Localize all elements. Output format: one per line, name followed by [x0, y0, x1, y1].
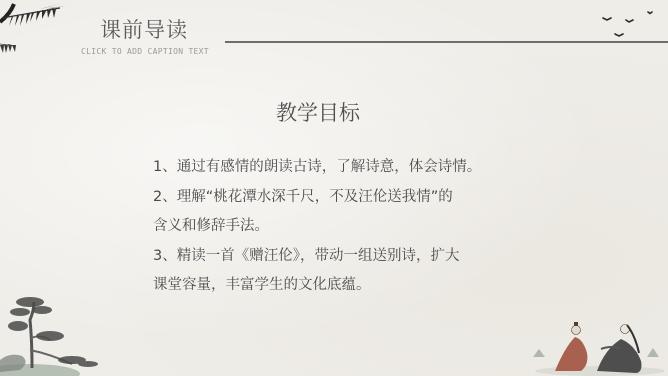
objective-line: 课堂容量，丰富学生的文化底蕴。: [153, 271, 533, 301]
objective-line: 2、理解“桃花潭水深千尺，不及汪伦送我情”的: [153, 183, 533, 213]
scholars-painting-icon: [525, 305, 668, 376]
slide: 课前导读 CLICK TO ADD CAPTION TEXT 教学目标 1、通过…: [0, 0, 668, 376]
objectives-list: 1、通过有感情的朗读古诗，了解诗意，体会诗情。 2、理解“桃花潭水深千尺，不及汪…: [153, 153, 533, 301]
objective-line: 3、精读一首《赠汪伦》，带动一组送别诗，扩大: [153, 242, 533, 272]
header-caption[interactable]: CLICK TO ADD CAPTION TEXT: [81, 47, 209, 56]
header-title: 课前导读: [100, 14, 188, 44]
section-title-text: 教学目标: [276, 101, 360, 125]
section-title: 教学目标: [0, 97, 668, 127]
bamboo-decoration-icon: [0, 0, 75, 60]
pine-tree-decoration-icon: [0, 290, 110, 376]
objective-line: 1、通过有感情的朗读古诗，了解诗意，体会诗情。: [153, 153, 533, 183]
objective-line: 含义和修辞手法。: [153, 212, 533, 242]
birds-decoration-icon: [595, 10, 668, 44]
